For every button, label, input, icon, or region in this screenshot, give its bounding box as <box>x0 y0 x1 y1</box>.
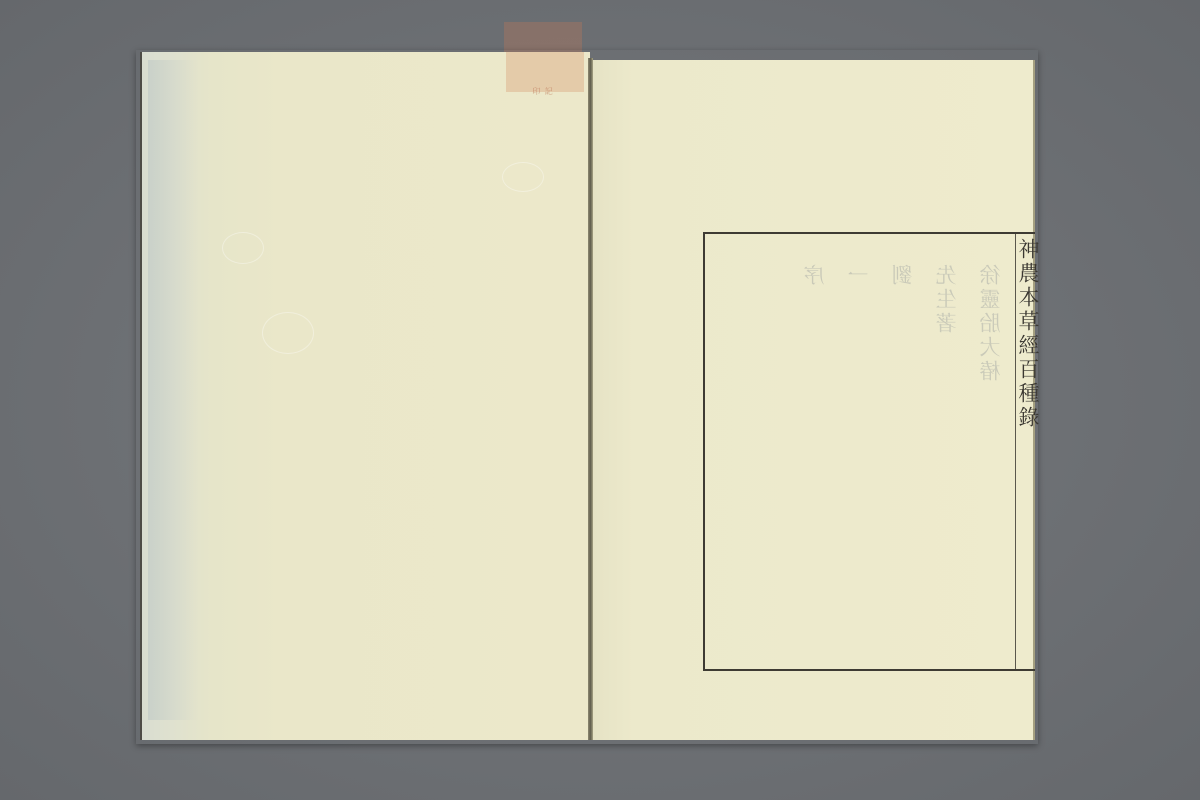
show-through-text: 徐靈胎大椿 先生著 劉 一 序 <box>715 264 1005 664</box>
book-title: 神農本草經百種錄 <box>1017 234 1039 430</box>
paper-fiber-mark <box>502 162 544 192</box>
paper-fiber-mark <box>262 312 314 354</box>
left-page-discoloration <box>148 60 198 720</box>
paper-fiber-mark <box>222 232 264 264</box>
seal-caption: 印 記 <box>498 86 588 96</box>
right-page: 神農本草經百種錄 徐靈胎大椿 先生著 劉 一 序 <box>593 60 1035 740</box>
text-frame: 神農本草經百種錄 徐靈胎大椿 先生著 劉 一 序 <box>703 232 1035 671</box>
show-through-column: 先生著 <box>933 264 961 664</box>
show-through-column: 一 <box>845 264 873 664</box>
show-through-column: 徐靈胎大椿 <box>977 264 1005 664</box>
show-through-column: 序 <box>801 264 829 664</box>
show-through-column: 劉 <box>889 264 917 664</box>
left-page: 印 記 <box>140 52 590 740</box>
